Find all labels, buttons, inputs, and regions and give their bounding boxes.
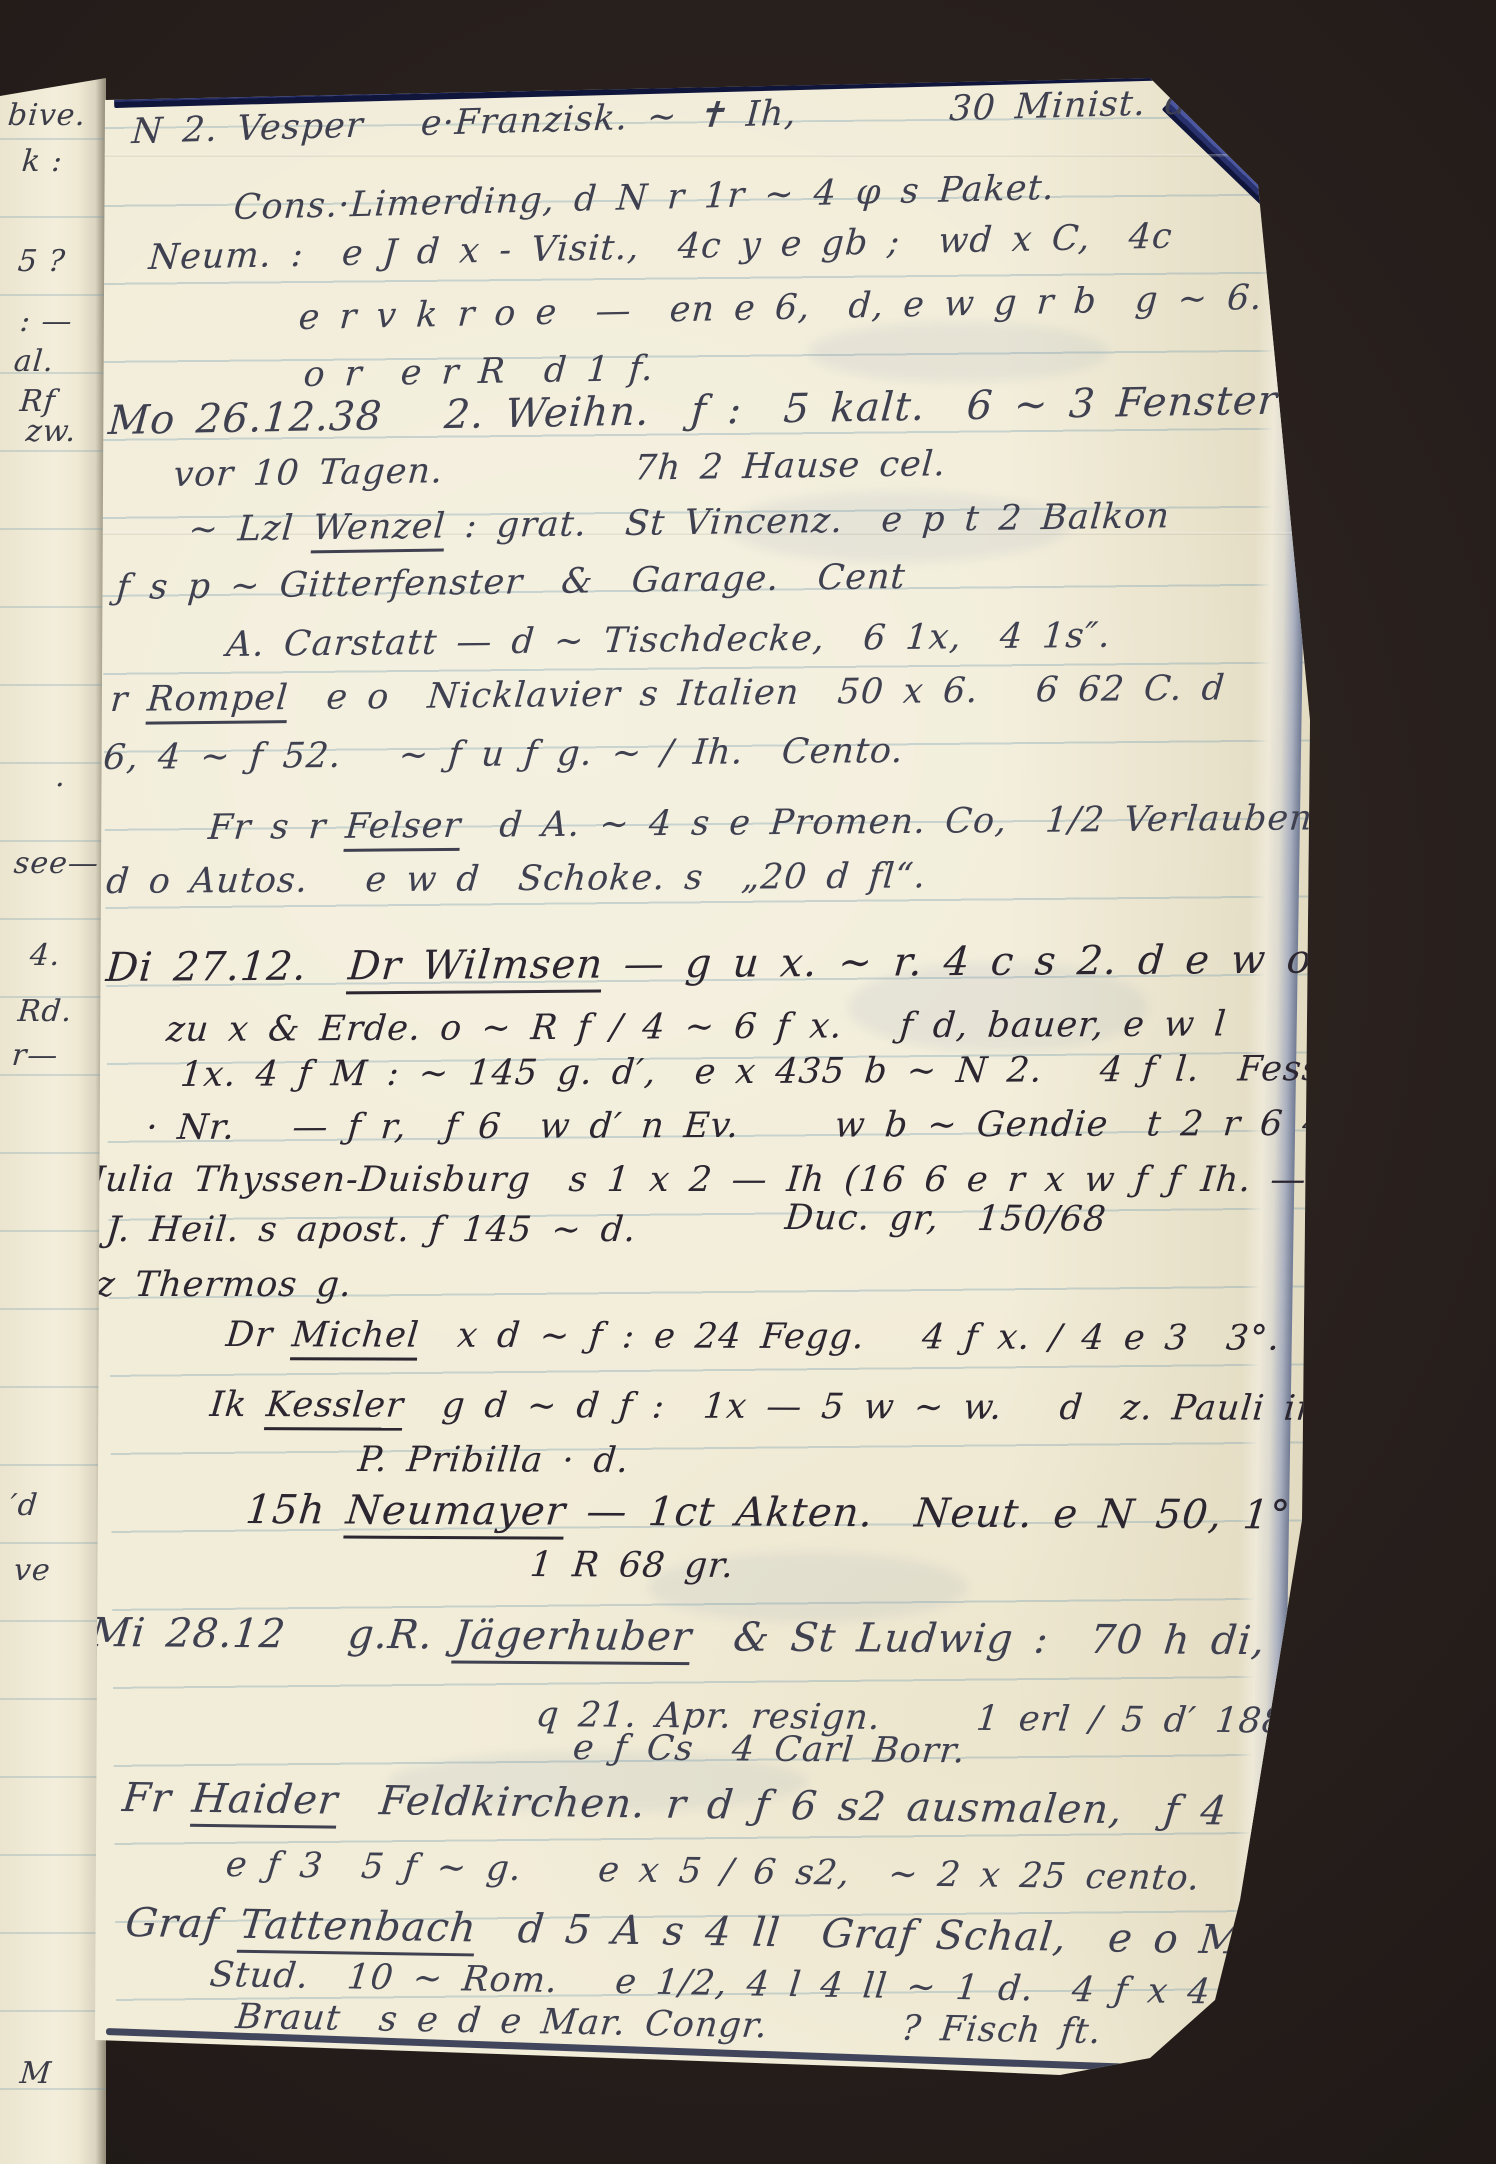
handwriting-line: 15h Neumayer — 1ct Akten. Neut. e N 50, … bbox=[244, 1487, 1293, 1538]
handwriting-line: Julia Thyssen-Duisburg s 1 x 2 — Ih (16 … bbox=[88, 1160, 1391, 1200]
underlined-name: Wenzel bbox=[311, 506, 447, 553]
notebook-page: N 2. Vesper e·Franzisk. ∼ ✝ Ih, 30 Minis… bbox=[88, 62, 1358, 2137]
underlined-name bbox=[1430, 1976, 1435, 2021]
handwriting-line: Ik Kessler g d ∼ d ƒ : 1x — 5 w ∼ w. d z… bbox=[208, 1385, 1357, 1429]
handwriting-line: zu x & Erde. o ∼ R f / 4 ∼ 6 f x. ƒ d, b… bbox=[165, 1004, 1228, 1050]
underlined-name bbox=[1357, 1104, 1361, 1149]
handwriting-line: d o Autos. e w d Schoke. s „20 d fl“. bbox=[105, 856, 928, 902]
facing-page-edge: bive. k : 5 ? : — al. Rf zw. · see— 4. R… bbox=[0, 78, 106, 2164]
handwriting-line-entry-28-12: Mi 28.12 g.R. Jägerhuber & St Ludwig : 7… bbox=[88, 1610, 1268, 1664]
handwriting-line: 1x. 4 ƒ M : ∼ 145 g. d′, e x 435 b ∼ N 2… bbox=[179, 1049, 1369, 1095]
facing-page-text-fragment: see— bbox=[12, 846, 100, 881]
facing-page-text-fragment: ve bbox=[12, 1553, 52, 1588]
handwriting-line: z Thermos g. bbox=[94, 1265, 353, 1305]
handwriting-line: e ƒ Cs 4 Carl Borr. bbox=[571, 1728, 967, 1772]
facing-page-text-fragment: 5 ? bbox=[16, 244, 67, 279]
handwriting-line: J. Heil. s apost. ƒ 145 ∼ d. bbox=[104, 1210, 638, 1250]
handwriting-line: · Nr. — ƒ r, ƒ 6 w d′ n Ev. w b ∼ Gendie… bbox=[145, 1104, 1361, 1148]
underlined-name: Neumayer bbox=[344, 1488, 568, 1540]
handwriting-line: P. Pribilla · d. bbox=[356, 1440, 631, 1481]
handwriting-line: o r e r R d 1 f. bbox=[302, 349, 655, 395]
facing-page-text-fragment: r— bbox=[10, 1038, 59, 1073]
facing-page-text-fragment: bive. bbox=[6, 98, 87, 133]
underlined-name bbox=[1360, 1702, 1364, 1747]
underlined-name: Dr Wilmsen bbox=[346, 942, 605, 995]
facing-page-text-fragment: 4. bbox=[28, 938, 62, 973]
facing-page-text-fragment: : — bbox=[18, 304, 74, 339]
facing-page-text-fragment: k : bbox=[20, 144, 64, 179]
handwriting-line: 1 R 68 gr. bbox=[528, 1545, 736, 1586]
underlined-name: Kessler bbox=[264, 1385, 406, 1430]
handwriting-line: Duc. gr, 150/68 bbox=[783, 1198, 1108, 1240]
underlined-name bbox=[1365, 1049, 1369, 1094]
underlined-name: Tattenbach bbox=[237, 1902, 479, 1957]
underlined-name bbox=[1388, 1160, 1392, 1205]
facing-page-text-fragment: M bbox=[18, 2056, 53, 2091]
underlined-name: Jägerhuber bbox=[451, 1613, 694, 1666]
photographed-diary-page: { "photo": { "background_color": "#2c232… bbox=[0, 0, 1496, 2164]
underlined-name: Haider bbox=[190, 1776, 341, 1829]
facing-page-text-fragment: ′d bbox=[8, 1488, 39, 1523]
handwriting-line-entry-27-12: Di 27.12. Dr Wilmsen — g u x. ∼ r. 4 c s… bbox=[104, 937, 1313, 991]
underlined-name: Rompel bbox=[145, 678, 289, 725]
facing-page-text-fragment: zw. bbox=[24, 414, 78, 449]
handwriting-line: 6, 4 ∼ ƒ 52. ∼ ƒ u ƒ g. ∼ / Ih. Cento. bbox=[102, 731, 905, 778]
facing-page-text-fragment: Rd. bbox=[16, 994, 73, 1029]
underlined-name: Felser bbox=[344, 806, 463, 852]
underlined-name: Michel bbox=[290, 1315, 421, 1360]
bleed-through bbox=[808, 322, 1108, 382]
handwriting-line: Dr Michel x d ∼ ƒ : e 24 Fegg. 4 ƒ x. / … bbox=[224, 1315, 1282, 1359]
facing-page-text-fragment: al. bbox=[12, 344, 55, 379]
